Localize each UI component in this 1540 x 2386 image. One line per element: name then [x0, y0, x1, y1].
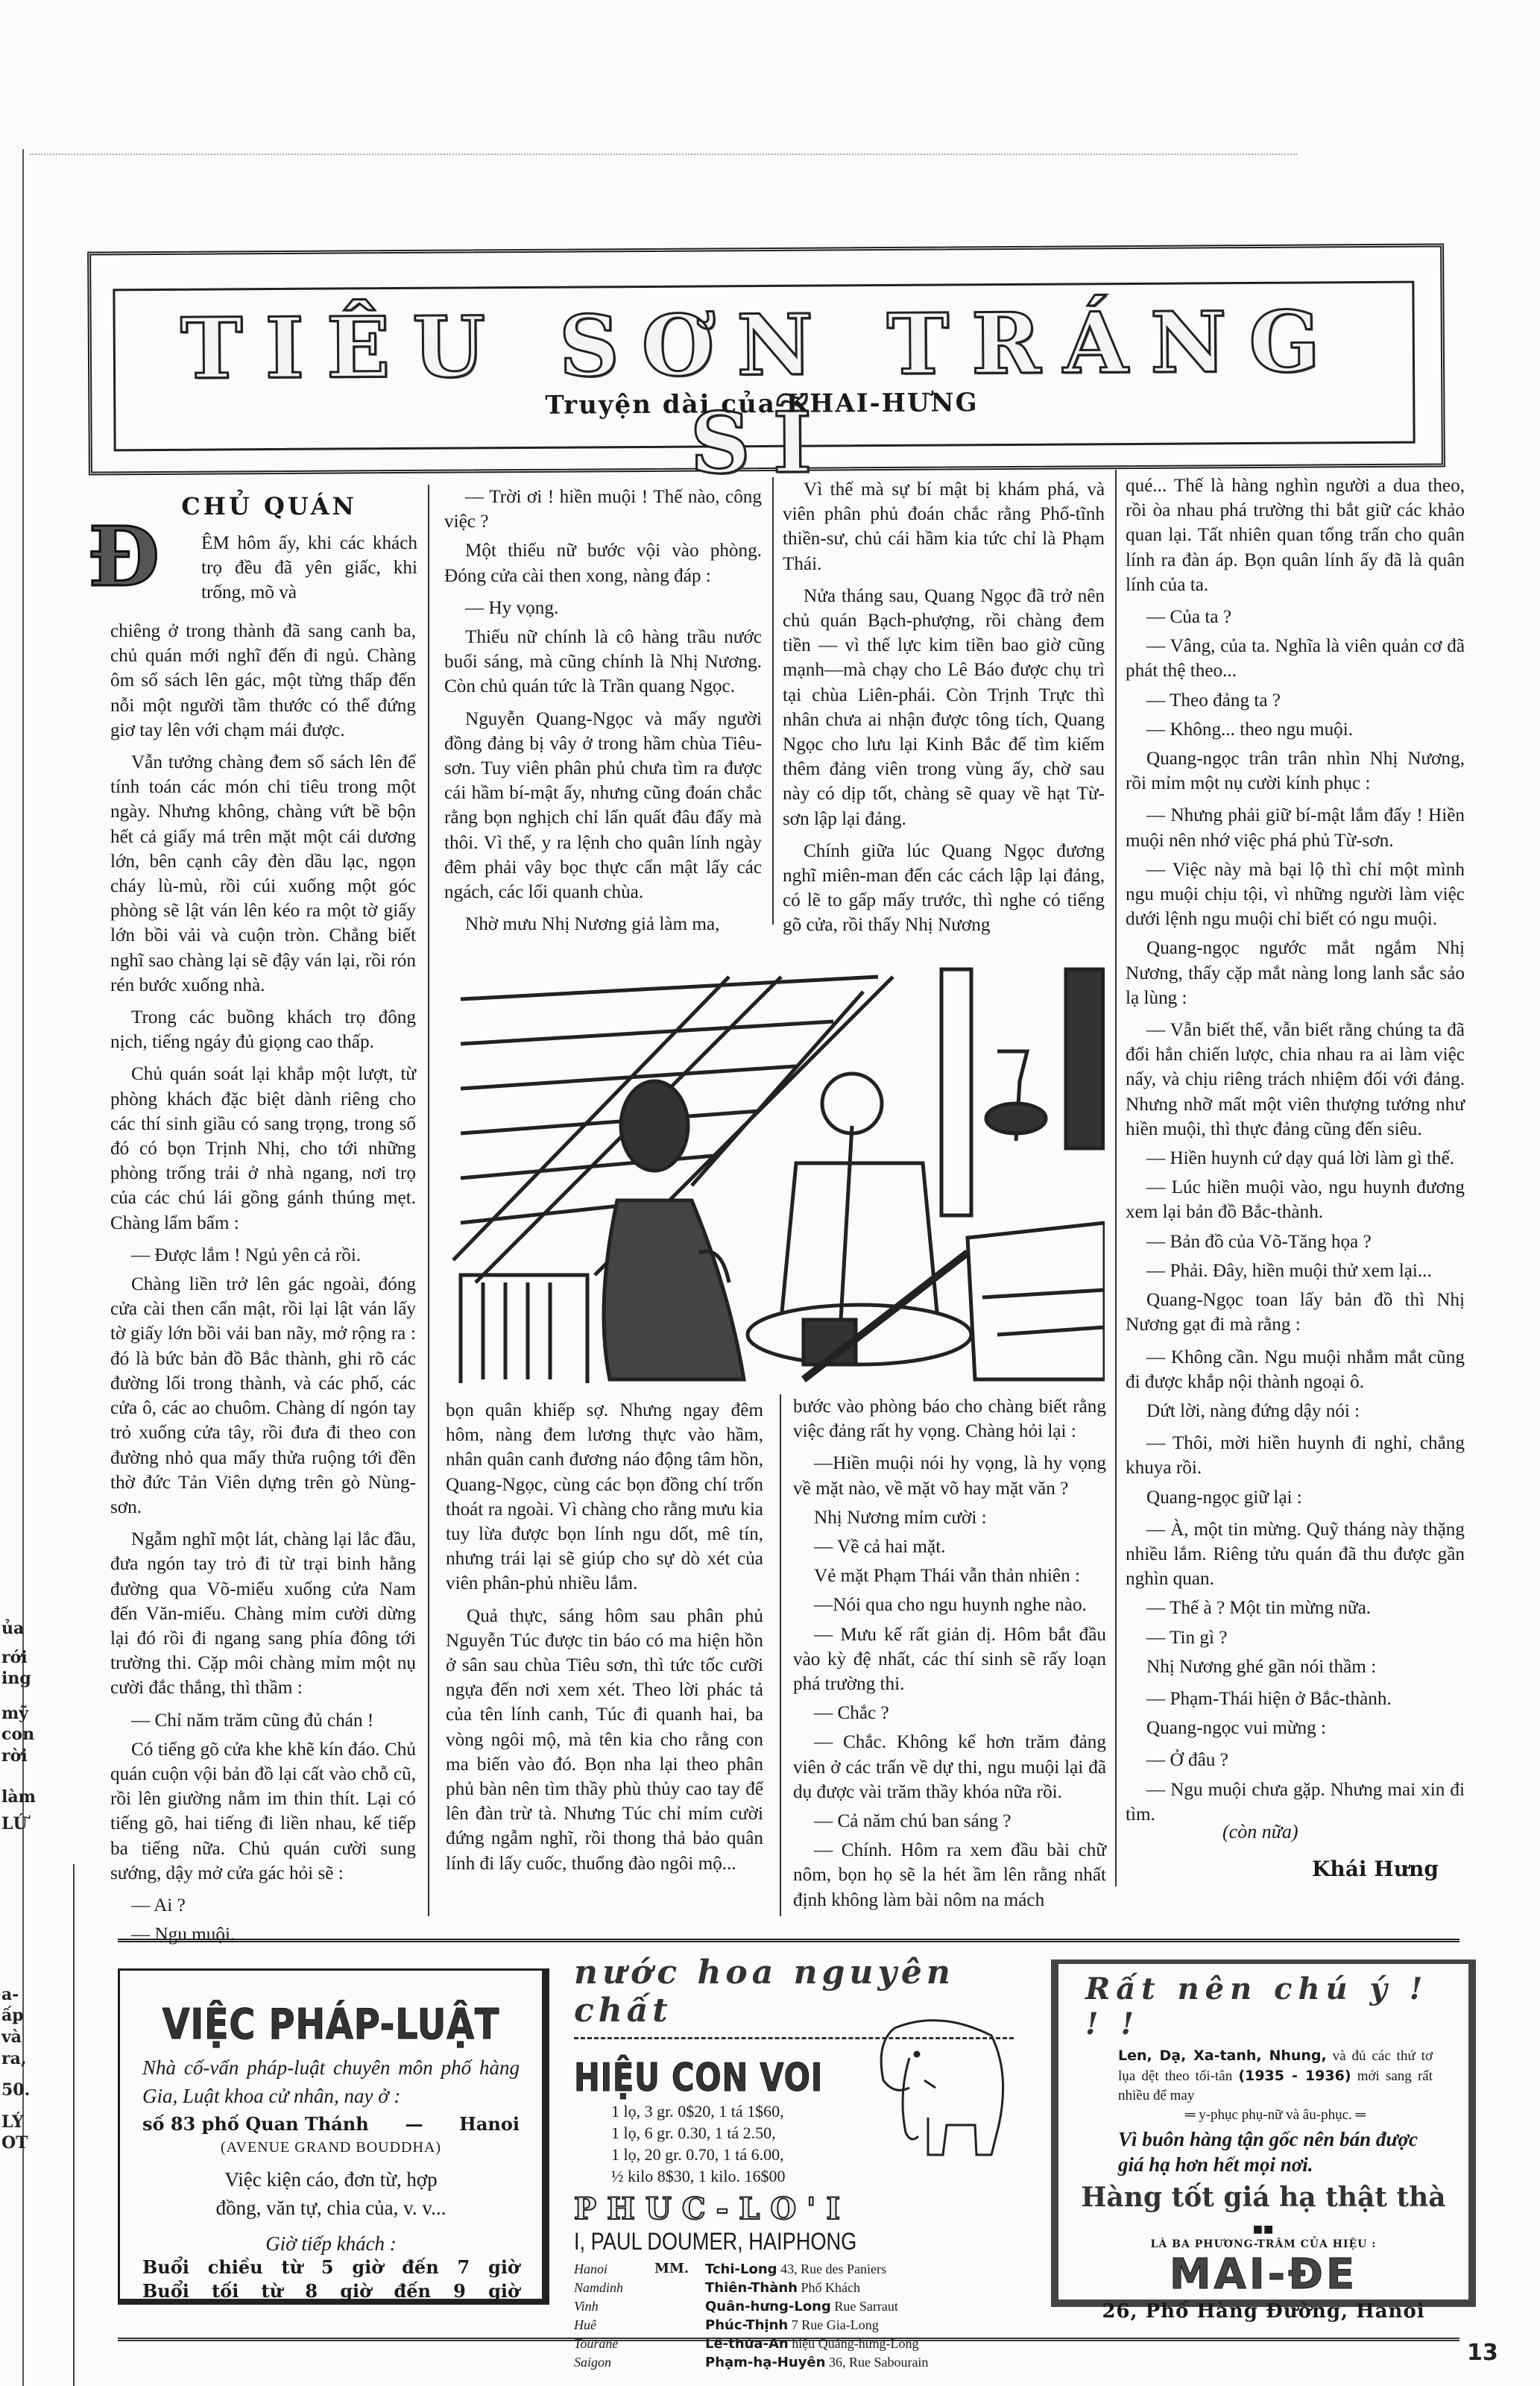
ad-fabric-title: Rất nên chú ý ! ! !	[1058, 1964, 1468, 2042]
paragraph: Trong các buồng khách trọ đông nịch, tiế…	[110, 1005, 416, 1054]
dialogue-line: — Chắc. Không kể hơn trăm đảng viên ở cá…	[793, 1730, 1106, 1804]
dialogue-line: — Của ta ?	[1126, 605, 1465, 629]
drop-cap-lines: ÊM hôm ấy, khi các khách trọ đều đã yên …	[201, 531, 417, 605]
ad-fabric-shop: Rất nên chú ý ! ! ! Len, Dạ, Xa-tanh, Nh…	[1051, 1960, 1476, 2307]
dialogue-line: — Vẫn biết thế, vẫn biết rằng chúng ta đ…	[1126, 1018, 1465, 1142]
column-3: Vì thế mà sự bí mật bị khám phá, và viên…	[783, 477, 1105, 945]
dialogue-line: — Vâng, của ta. Nghĩa là viên quản cơ đã…	[1126, 634, 1465, 683]
paragraph: Vẫn tưởng chàng đem sổ sách lên để tính …	[110, 750, 416, 998]
ad-fabric-ornament: ■■	[1058, 2223, 1468, 2235]
agent-row: NamdinhThiên-Thành Phố Khách	[574, 2279, 934, 2297]
column-rule	[780, 1394, 781, 1916]
paragraph: Chàng liền trở lên gác ngoài, đóng cửa c…	[110, 1272, 416, 1520]
paragraph: bọn quân khiếp sợ. Nhưng ngay đêm hôm, n…	[446, 1398, 763, 1596]
drop-cap: Đ	[88, 526, 192, 588]
dialogue-line: — Không... theo ngu muội.	[1126, 717, 1465, 742]
dialogue-line: — Phạm-Thái hiện ở Bắc-thành.	[1126, 1687, 1465, 1711]
ad-fabric-shop-name: MAI-ĐE	[1058, 2250, 1468, 2299]
agent-row: SaigonPhạm-hạ-Huyên 36, Rue Sabourain	[574, 2353, 934, 2372]
column-rule	[772, 477, 774, 925]
dialogue-line: —Hiền muội nói hy vọng, là hy vọng về mặ…	[793, 1451, 1106, 1500]
paragraph: Quang-ngọc giữ lại :	[1126, 1485, 1465, 1510]
dialogue-line: — Chính. Hôm ra xem đầu bài chữ nôm, bọn…	[793, 1838, 1106, 1913]
paragraph: bước vào phòng báo cho chàng biết rằng v…	[793, 1394, 1106, 1444]
dialogue-line: — Thế à ? Một tin mừng nữa.	[1126, 1596, 1465, 1620]
paragraph: Quang-ngọc ngước mắt ngắm Nhị Nương, thấ…	[1126, 936, 1465, 1010]
paragraph: Quả thực, sáng hôm sau phân phủ Nguyễn T…	[446, 1604, 763, 1876]
paragraph: Một thiếu nữ bước vội vào phòng. Đóng cử…	[444, 538, 762, 588]
ad-law-title: VIỆC PHÁP-LUẬT	[151, 2001, 510, 2049]
dialogue-line: — Về cả hai mặt.	[793, 1534, 1106, 1559]
ad-law-hours-label: Giờ tiếp khách :	[120, 2232, 542, 2256]
column-rule	[1115, 470, 1117, 1886]
paragraph: Quang-ngọc vui mừng :	[1126, 1716, 1465, 1740]
dialogue-line: — Mưu kế rất giản dị. Hôm bắt đầu vào kỳ…	[793, 1622, 1106, 1697]
agent-row: VinhQuân-hưng-Long Rue Sarraut	[574, 2297, 934, 2316]
paragraph: Ngẫm nghĩ một lát, chàng lại lắc đầu, đư…	[110, 1527, 416, 1700]
dialogue-line: — Ngu muội chưa gặp. Nhưng mai xin đi tì…	[1126, 1778, 1465, 1827]
agent-row: HuêPhúc-Thịnh 7 Rue Gia-Long	[574, 2316, 934, 2335]
dialogue-line: — Hy vọng.	[444, 596, 762, 620]
paragraph: chiêng ở trong thành đã sang canh ba, ch…	[110, 619, 416, 743]
ads-bottom-rule	[118, 2338, 1459, 2341]
dialogue-line: — Việc này mà bại lộ thì chỉ một mình ng…	[1126, 857, 1465, 932]
ad-perfume-hq: I, PAUL DOUMER, HAIPHONG	[574, 2228, 954, 2256]
top-dotted-rule	[30, 154, 1297, 155]
paragraph: Quang-Ngọc toan lấy bản đồ thì Nhị Nương…	[1126, 1288, 1465, 1337]
dialogue-line: — Hiền huynh cứ dạy quá lời làm gì thế.	[1126, 1146, 1465, 1171]
dialogue-line: — Ai ?	[110, 1893, 416, 1918]
dialogue-line: — Phải. Đây, hiền muội thử xem lại...	[1126, 1259, 1465, 1283]
paragraph: Có tiếng gõ cửa khe khẽ kín đáo. Chủ quá…	[110, 1737, 416, 1886]
column-3-continued: bước vào phòng báo cho chàng biết rằng v…	[793, 1394, 1106, 1917]
paragraph: Nguyễn Quang-Ngọc và mấy người đồng đảng…	[444, 707, 762, 905]
dialogue-line: — Được lắm ! Ngủ yên cả rồi.	[110, 1243, 416, 1268]
column-2: — Trời ơi ! hiền muội ! Thế nào, công vi…	[444, 485, 762, 944]
ad-fabric-motto: LÀ BA PHƯƠNG-TRÂM CỦA HIỆU :	[1058, 2238, 1468, 2250]
paragraph: Vì thế mà sự bí mật bị khám phá, và viên…	[783, 477, 1105, 576]
ad-law-avenue: (AVENUE GRAND BOUDDHA)	[120, 2139, 542, 2156]
ad-perfume-agents: HanoiMM.Tchi-Long 43, Rue des Paniers Na…	[574, 2260, 934, 2372]
paragraph: Nhị Nương mỉm cười :	[793, 1505, 1106, 1530]
ad-law-hours-row: Buổichiềutừ5giờđến7giờ	[120, 2256, 542, 2279]
dialogue-line: — Không cần. Ngu muội nhắm mắt cũng đi đ…	[1126, 1345, 1465, 1394]
dialogue-line: — À, một tin mừng. Quỹ tháng này thặng n…	[1126, 1517, 1465, 1592]
ad-law-address: số 83 phố Quan Thánh—Hanoi	[120, 2110, 542, 2135]
paragraph: qué... Thế là hàng nghìn người a dua the…	[1126, 473, 1465, 597]
column-1: chiêng ở trong thành đã sang canh ba, ch…	[110, 619, 416, 1951]
ad-perfume-price: ½ kilo 8$30, 1 kilo. 16$00	[574, 2165, 1021, 2187]
story-illustration	[446, 932, 1105, 1383]
ad-fabric-slogan: Hàng tốt giá hạ thật thà	[1058, 2182, 1468, 2213]
column-4: qué... Thế là hàng nghìn người a dua the…	[1126, 473, 1465, 1831]
left-margin-fragments: ủa rới ing mỹ con rời làm LỨ a- ấp và ra…	[1, 1618, 31, 2154]
elephant-icon	[865, 2013, 1014, 2162]
paragraph: Quang-ngọc trân trân nhìn Nhị Nương, rồi…	[1126, 746, 1465, 796]
ad-fabric-address: 26, Phố Hàng Đường, Hanoi	[1058, 2300, 1468, 2323]
agent-row: HanoiMM.Tchi-Long 43, Rue des Paniers	[574, 2260, 934, 2279]
page-number: 13	[1467, 2340, 1498, 2366]
paragraph: Nửa tháng sau, Quang Ngọc đã trở nên chủ…	[783, 584, 1105, 831]
ad-law-intro: Nhà cố-vấn pháp-luật chuyên môn phố hàng…	[120, 2053, 542, 2110]
paragraph: Nhị Nương ghé gần nói thầm :	[1126, 1655, 1465, 1679]
ad-law-services: Việc kiện cáo, đơn từ, hợp đồng, văn tự,…	[120, 2165, 542, 2222]
paragraph: Chủ quán soát lại khắp một lượt, từ phòn…	[110, 1062, 416, 1235]
ads-top-rule	[118, 1939, 1459, 1942]
dialogue-line: — Ngu muội.	[110, 1922, 416, 1947]
dialogue-line: — Trời ơi ! hiền muội ! Thế nào, công vi…	[444, 485, 762, 534]
dialogue-line: — Chỉ năm trăm cũng đủ chán !	[110, 1708, 416, 1733]
chapter-title: CHỦ QUÁN	[176, 492, 362, 520]
dialogue-line: — Thôi, mời hiền huynh đi nghỉ, chẳng kh…	[1126, 1431, 1465, 1480]
dialogue-line: — Bản đồ của Võ-Tăng họa ?	[1126, 1230, 1465, 1254]
ad-law-hours-row: Buổitốitừ8giờđến9giờ	[120, 2279, 542, 2303]
paragraph: Chính giữa lúc Quang Ngọc đương nghĩ miê…	[783, 839, 1105, 938]
ad-law-office: VIỆC PHÁP-LUẬT Nhà cố-vấn pháp-luật chuy…	[118, 1968, 549, 2305]
dialogue-line: —Nói qua cho ngu huynh nghe nào.	[793, 1593, 1106, 1617]
dialogue-line: — Theo đảng ta ?	[1126, 688, 1465, 713]
ad-fabric-body: Len, Dạ, Xa-tanh, Nhung, và đủ các thứ t…	[1058, 2042, 1468, 2125]
dialogue-line: — Lúc hiền muội vào, ngu huynh đương xem…	[1126, 1175, 1465, 1224]
paragraph: Dứt lời, nàng đứng dậy nói :	[1126, 1399, 1465, 1423]
dialogue-line: — Nhưng phải giữ bí-mật lắm đấy ! Hiền m…	[1126, 803, 1465, 852]
dialogue-line: — Ở đâu ?	[1126, 1748, 1465, 1772]
author-signature: Khái Hưng	[1312, 1857, 1439, 1881]
column-2-continued: bọn quân khiếp sợ. Nhưng ngay đêm hôm, n…	[446, 1398, 763, 1883]
dialogue-line: — Cả năm chú ban sáng ?	[793, 1809, 1106, 1833]
paragraph: Thiếu nữ chính là cô hàng trầu nước buổi…	[444, 625, 762, 699]
ad-perfume-company: PHUC-LO'I	[574, 2191, 1021, 2226]
ad-fabric-italic: Vì buôn hàng tận gốc nên bán được giá hạ…	[1058, 2125, 1468, 2177]
left-page-edge-lower	[73, 1864, 75, 2386]
column-rule	[428, 485, 429, 1916]
paragraph: Vẻ mặt Phạm Thái vẫn thản nhiên :	[793, 1564, 1106, 1588]
to-be-continued: (còn nữa)	[1222, 1821, 1298, 1843]
dialogue-line: — Tin gì ?	[1126, 1625, 1465, 1650]
dialogue-line: — Chắc ?	[793, 1701, 1106, 1725]
